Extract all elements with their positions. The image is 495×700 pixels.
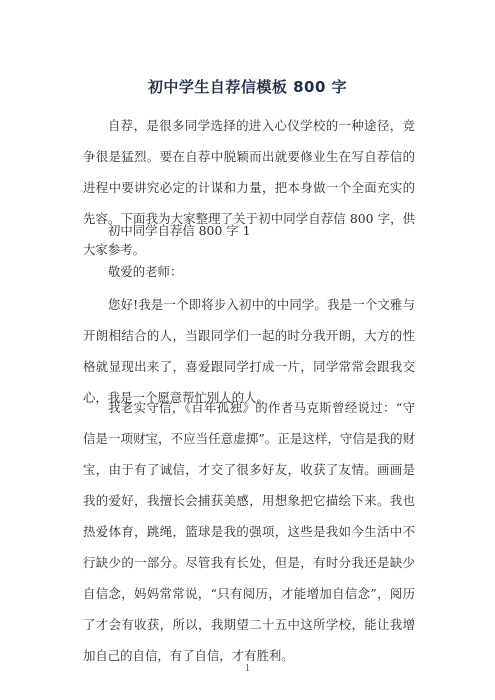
document-page: 初中学生自荐信模板 800 字 自荐，是很多同学选择的进入心仪学校的一种途径，竞… <box>0 0 495 700</box>
document-title: 初中学生自荐信模板 800 字 <box>0 76 495 97</box>
section-heading: 初中同学自荐信 800 字 1 <box>83 215 415 246</box>
page-number: 1 <box>0 664 495 674</box>
body-paragraph-2: 我老实守信，《百年孤独》的作者马克斯曾经说过：“守信是一项财宝，不应当任意虚掷”… <box>83 392 415 671</box>
salutation: 敬爱的老师： <box>83 256 415 287</box>
